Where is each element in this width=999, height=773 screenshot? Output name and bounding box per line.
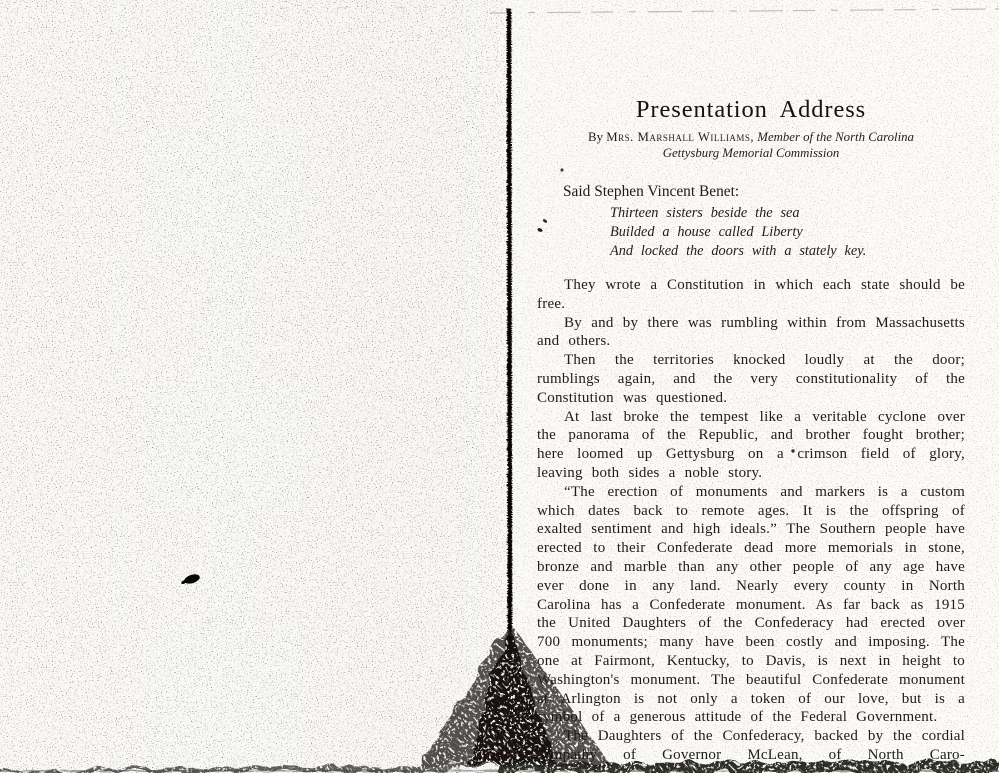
paragraph: Then the territories knocked loudly at t… xyxy=(537,351,965,407)
gutter-line-core xyxy=(509,12,510,650)
byline-affiliation-line1: Member of the North Carolina xyxy=(754,130,914,144)
byline-author: Mrs. Marshall Williams, xyxy=(606,130,754,144)
scanned-book-spread: Presentation Address By Mrs. Marshall Wi… xyxy=(0,0,999,773)
paragraph: The Daughters of the Confederacy, backed… xyxy=(537,727,965,765)
left-page-blank xyxy=(0,0,505,773)
intro-line: Said Stephen Vincent Benet: xyxy=(537,182,965,201)
paragraph: At last broke the tempest like a veritab… xyxy=(537,408,965,483)
body-text: They wrote a Constitution in which each … xyxy=(537,276,965,765)
byline-affiliation-line2: Gettysburg Memorial Commission xyxy=(663,146,840,160)
right-page: Presentation Address By Mrs. Marshall Wi… xyxy=(537,96,965,768)
poem-line: Builded a house called Liberty xyxy=(610,223,965,242)
poem-line: Thirteen sisters beside the sea xyxy=(610,204,965,223)
page-title: Presentation Address xyxy=(537,96,965,124)
top-edge-scan-line xyxy=(490,9,999,13)
paragraph: They wrote a Constitution in which each … xyxy=(537,276,965,314)
poem-line: And locked the doors with a stately key. xyxy=(610,242,965,261)
poem-block: Thirteen sisters beside the sea Builded … xyxy=(610,204,965,261)
paragraph: By and by there was rumbling within from… xyxy=(537,314,965,352)
byline: By Mrs. Marshall Williams, Member of the… xyxy=(537,129,965,161)
paragraph: “The erection of monuments and markers i… xyxy=(537,483,965,727)
gutter-halo xyxy=(509,25,510,620)
gutter-line xyxy=(509,9,510,655)
byline-prefix: By xyxy=(588,130,606,144)
